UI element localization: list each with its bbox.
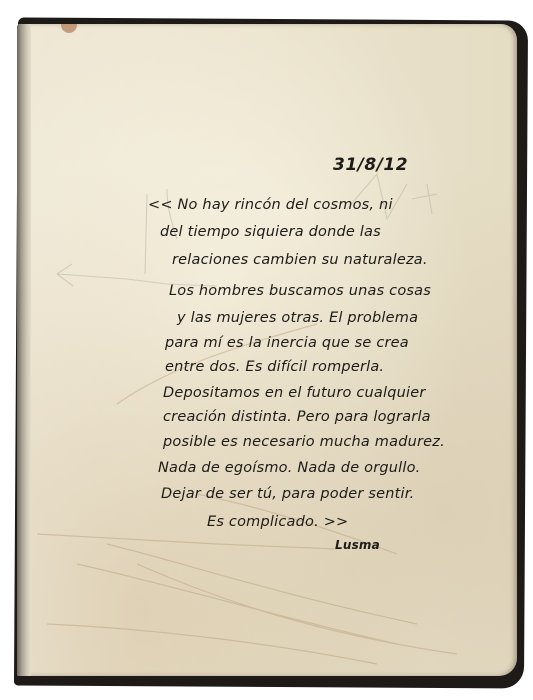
text-line-7: entre dos. Es difícil romperla. bbox=[165, 360, 384, 375]
scan-canvas: 31/8/12 << No hay rincón del cosmos, ni … bbox=[0, 0, 533, 700]
text-line-6: para mí es la inercia que se crea bbox=[165, 336, 409, 351]
text-line-9: creación distinta. Pero para lograrla bbox=[163, 410, 431, 425]
text-line-1: << No hay rincón del cosmos, ni bbox=[148, 198, 393, 213]
signature: Lusma bbox=[335, 538, 380, 552]
text-line-2: del tiempo siquiera donde las bbox=[160, 225, 381, 240]
text-line-10: posible es necesario mucha madurez. bbox=[163, 435, 445, 450]
text-line-11: Nada de egoísmo. Nada de orgullo. bbox=[158, 461, 421, 476]
text-line-3: relaciones cambien su naturaleza. bbox=[172, 253, 428, 268]
text-line-13: Es complicado. >> bbox=[207, 515, 348, 530]
entry-date: 31/8/12 bbox=[333, 155, 408, 175]
text-line-5: y las mujeres otras. El problema bbox=[177, 311, 418, 326]
text-line-4: Los hombres buscamos unas cosas bbox=[169, 284, 431, 299]
text-line-8: Depositamos en el futuro cualquier bbox=[163, 386, 426, 401]
text-line-12: Dejar de ser tú, para poder sentir. bbox=[161, 487, 414, 502]
notebook-page: 31/8/12 << No hay rincón del cosmos, ni … bbox=[17, 24, 517, 676]
